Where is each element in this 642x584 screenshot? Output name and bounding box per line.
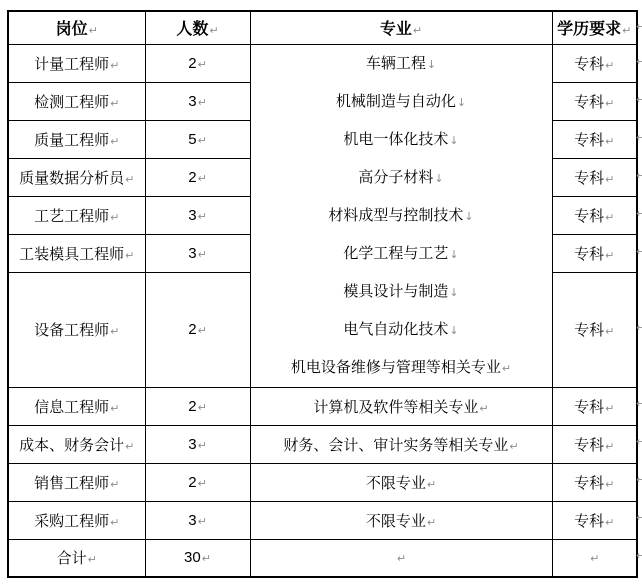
header-education: 学历要求↵ (552, 11, 637, 44)
row-end-mark: ↵ (636, 20, 642, 34)
table-row: 销售工程师↵ 2↵ 不限专业↵ 专科↵ (8, 463, 637, 501)
paragraph-mark: ↵ (413, 24, 422, 37)
position-cell: 采购工程师↵ (8, 501, 145, 539)
count-cell: 3↵ (145, 196, 250, 234)
paragraph-mark: ↵ (110, 97, 119, 110)
paragraph-mark: ↵ (622, 24, 631, 37)
paragraph-mark: ↵ (605, 173, 614, 186)
paragraph-mark: ↵ (110, 59, 119, 72)
line-break-mark: ↓ (449, 286, 458, 299)
position-cell: 质量工程师↵ (8, 120, 145, 158)
paragraph-mark: ↵ (110, 516, 119, 529)
paragraph-mark: ↵ (590, 552, 599, 565)
row-end-mark: ↵ (636, 55, 642, 69)
header-major-label: 专业 (380, 21, 412, 38)
major-line: 电气自动化技术↓ (251, 311, 552, 349)
education-cell: 专科↵ (552, 158, 637, 196)
major-cell-empty: ↵ (250, 539, 552, 577)
line-break-mark: ↓ (449, 324, 458, 337)
education-cell: 专科↵ (552, 82, 637, 120)
count-cell: 3↵ (145, 425, 250, 463)
position-cell: 检测工程师↵ (8, 82, 145, 120)
paragraph-mark: ↵ (202, 552, 211, 565)
table-row: 信息工程师↵ 2↵ 计算机及软件等相关专业↵ 专科↵ (8, 387, 637, 425)
count-cell: 2↵ (145, 273, 250, 387)
recruitment-table: 岗位↵ 人数↵ 专业↵ 学历要求↵ 计量工程师↵ 2↵ 车辆工程↓ 机械制造与自… (7, 10, 638, 578)
education-cell: 专科↵ (552, 501, 637, 539)
line-break-mark: ↓ (427, 58, 436, 71)
education-cell: 专科↵ (552, 425, 637, 463)
line-break-mark: ↓ (434, 172, 443, 185)
paragraph-mark: ↵ (125, 173, 134, 186)
paragraph-mark: ↵ (198, 172, 207, 185)
paragraph-mark: ↵ (198, 58, 207, 71)
position-cell: 质量数据分析员↵ (8, 158, 145, 196)
education-cell-empty: ↵ (552, 539, 637, 577)
row-end-mark: ↵ (636, 93, 642, 107)
major-line: 机电一体化技术↓ (251, 121, 552, 159)
education-cell: 专科↵ (552, 387, 637, 425)
paragraph-mark: ↵ (427, 516, 436, 529)
education-cell: 专科↵ (552, 463, 637, 501)
row-end-mark: ↵ (636, 207, 642, 221)
paragraph-mark: ↵ (198, 477, 207, 490)
paragraph-mark: ↵ (605, 211, 614, 224)
paragraph-mark: ↵ (198, 210, 207, 223)
row-end-mark: ↵ (636, 397, 642, 411)
row-end-mark: ↵ (636, 435, 642, 449)
major-line: 模具设计与制造↓ (251, 273, 552, 311)
paragraph-mark: ↵ (110, 211, 119, 224)
paragraph-mark: ↵ (605, 135, 614, 148)
row-end-mark: ↵ (636, 473, 642, 487)
major-line: 机电设备维修与管理等相关专业↵ (251, 349, 552, 387)
count-cell: 2↵ (145, 44, 250, 82)
count-cell: 2↵ (145, 387, 250, 425)
position-cell: 成本、财务会计↵ (8, 425, 145, 463)
paragraph-mark: ↵ (479, 402, 488, 415)
education-cell: 专科↵ (552, 235, 637, 273)
paragraph-mark: ↵ (110, 478, 119, 491)
education-cell: 专科↵ (552, 196, 637, 234)
paragraph-mark: ↵ (89, 24, 98, 37)
count-cell: 30↵ (145, 539, 250, 577)
paragraph-mark: ↵ (198, 515, 207, 528)
count-cell: 2↵ (145, 158, 250, 196)
paragraph-mark: ↵ (427, 478, 436, 491)
paragraph-mark: ↵ (198, 134, 207, 147)
header-position: 岗位↵ (8, 11, 145, 44)
row-end-mark: ↵ (636, 321, 642, 335)
paragraph-mark: ↵ (502, 362, 511, 375)
paragraph-mark: ↵ (198, 96, 207, 109)
line-break-mark: ↓ (449, 134, 458, 147)
paragraph-mark: ↵ (110, 325, 119, 338)
header-major: 专业↵ (250, 11, 552, 44)
position-cell: 合计↵ (8, 539, 145, 577)
count-cell: 3↵ (145, 501, 250, 539)
total-row: 合计↵ 30↵ ↵ ↵ (8, 539, 637, 577)
paragraph-mark: ↵ (509, 440, 518, 453)
count-cell: 2↵ (145, 463, 250, 501)
row-end-mark: ↵ (636, 169, 642, 183)
paragraph-mark: ↵ (397, 552, 406, 565)
education-cell: 专科↵ (552, 44, 637, 82)
education-cell: 专科↵ (552, 273, 637, 387)
major-line: 机械制造与自动化↓ (251, 83, 552, 121)
paragraph-mark: ↵ (605, 325, 614, 338)
paragraph-mark: ↵ (605, 516, 614, 529)
major-cell: 财务、会计、审计实务等相关专业↵ (250, 425, 552, 463)
paragraph-mark: ↵ (605, 402, 614, 415)
paragraph-mark: ↵ (110, 135, 119, 148)
major-line: 化学工程与工艺↓ (251, 235, 552, 273)
major-cell: 计算机及软件等相关专业↵ (250, 387, 552, 425)
position-cell: 设备工程师↵ (8, 273, 145, 387)
paragraph-mark: ↵ (198, 248, 207, 261)
position-cell: 计量工程师↵ (8, 44, 145, 82)
row-end-mark: ↵ (636, 511, 642, 525)
paragraph-mark: ↵ (605, 59, 614, 72)
line-break-mark: ↓ (449, 248, 458, 261)
paragraph-mark: ↵ (605, 97, 614, 110)
paragraph-mark: ↵ (605, 478, 614, 491)
paragraph-mark: ↵ (209, 24, 218, 37)
position-cell: 信息工程师↵ (8, 387, 145, 425)
position-cell: 销售工程师↵ (8, 463, 145, 501)
paragraph-mark: ↵ (125, 440, 134, 453)
major-line: 材料成型与控制技术↓ (251, 197, 552, 235)
major-line: 车辆工程↓ (251, 45, 552, 83)
paragraph-mark: ↵ (198, 401, 207, 414)
header-education-label: 学历要求 (557, 21, 621, 38)
row-end-mark: ↵ (636, 131, 642, 145)
header-position-label: 岗位 (56, 21, 88, 38)
paragraph-mark: ↵ (198, 439, 207, 452)
paragraph-mark: ↵ (605, 249, 614, 262)
header-row: 岗位↵ 人数↵ 专业↵ 学历要求↵ (8, 11, 637, 44)
header-count-label: 人数 (176, 21, 208, 38)
education-cell: 专科↵ (552, 120, 637, 158)
count-cell: 3↵ (145, 82, 250, 120)
header-count: 人数↵ (145, 11, 250, 44)
count-cell: 5↵ (145, 120, 250, 158)
major-cell: 不限专业↵ (250, 501, 552, 539)
major-line: 高分子材料↓ (251, 159, 552, 197)
position-cell: 工装模具工程师↵ (8, 235, 145, 273)
table-row: 计量工程师↵ 2↵ 车辆工程↓ 机械制造与自动化↓ 机电一体化技术↓ 高分子材料… (8, 44, 637, 82)
paragraph-mark: ↵ (88, 553, 97, 566)
paragraph-mark: ↵ (198, 324, 207, 337)
row-end-mark: ↵ (636, 245, 642, 259)
paragraph-mark: ↵ (125, 249, 134, 262)
major-cell: 不限专业↵ (250, 463, 552, 501)
count-cell: 3↵ (145, 235, 250, 273)
table-row: 成本、财务会计↵ 3↵ 财务、会计、审计实务等相关专业↵ 专科↵ (8, 425, 637, 463)
merged-majors-cell: 车辆工程↓ 机械制造与自动化↓ 机电一体化技术↓ 高分子材料↓ 材料成型与控制技… (250, 44, 552, 387)
table-row: 采购工程师↵ 3↵ 不限专业↵ 专科↵ (8, 501, 637, 539)
line-break-mark: ↓ (457, 96, 466, 109)
paragraph-mark: ↵ (605, 440, 614, 453)
position-cell: 工艺工程师↵ (8, 196, 145, 234)
line-break-mark: ↓ (464, 210, 473, 223)
row-end-mark: ↵ (636, 549, 642, 563)
recruitment-table-wrap: 岗位↵ 人数↵ 专业↵ 学历要求↵ 计量工程师↵ 2↵ 车辆工程↓ 机械制造与自… (7, 10, 638, 578)
paragraph-mark: ↵ (110, 402, 119, 415)
